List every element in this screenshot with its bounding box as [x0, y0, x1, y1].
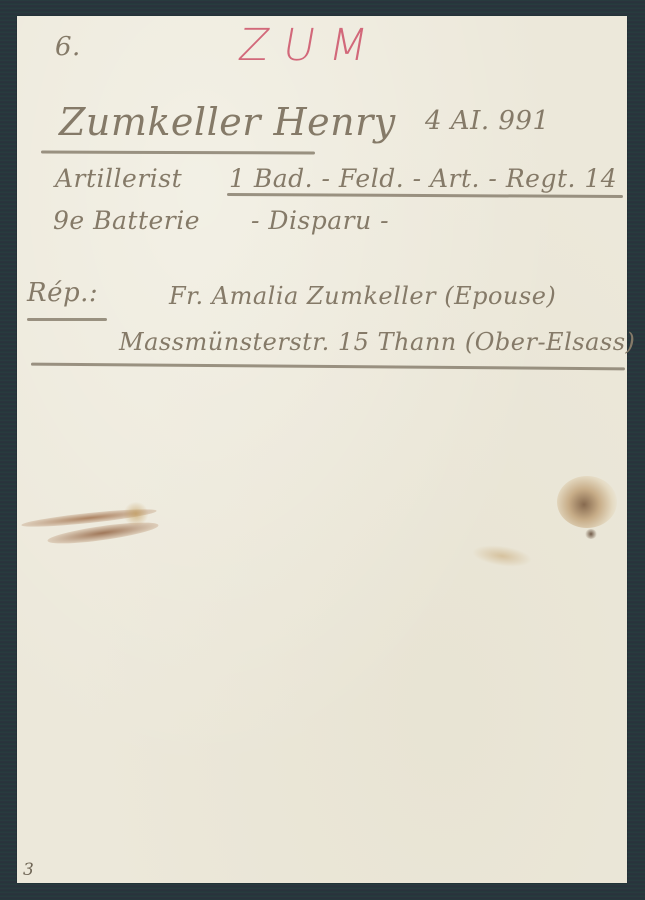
contact-address: Massmünsterstr. 15 Thann (Ober-Elsass)	[119, 328, 635, 356]
index-card: 6. ZUM Zumkeller Henry 4 AI. 991 Artille…	[17, 16, 627, 883]
surname-underline	[41, 151, 315, 155]
contact-label-underline	[27, 318, 107, 321]
red-stamp: ZUM	[235, 20, 386, 71]
surname-name: Zumkeller Henry	[59, 100, 396, 144]
rust-dot-right	[585, 529, 597, 539]
reference-number: 4 AI. 991	[425, 106, 550, 136]
rust-stain-right	[557, 476, 617, 528]
corner-mark: 6.	[55, 32, 81, 62]
rust-smear-right	[471, 542, 533, 570]
status-disparu: - Disparu -	[251, 206, 389, 235]
battery: 9e Batterie	[53, 206, 200, 235]
contact-label: Rép.:	[27, 278, 98, 308]
rust-spot-left	[123, 502, 149, 526]
contact-person: Fr. Amalia Zumkeller (Epouse)	[169, 282, 556, 310]
rank: Artillerist	[55, 164, 182, 193]
contact-underline	[31, 363, 625, 371]
footer-mark: 3	[23, 860, 34, 880]
unit: 1 Bad. - Feld. - Art. - Regt. 14	[229, 164, 617, 193]
unit-underline	[227, 193, 623, 198]
